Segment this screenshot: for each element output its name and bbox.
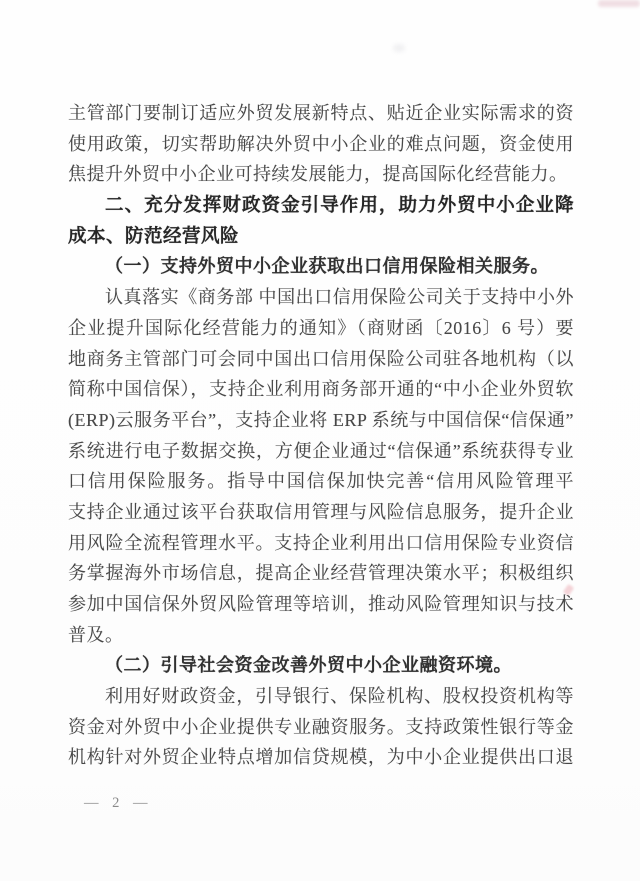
section-heading-line-1: 二、充分发挥财政资金引导作用，助力外贸中小企业降低经营 — [68, 190, 574, 221]
para1-line-1: 主管部门要制订适应外贸发展新特点、贴近企业实际需求的资金 — [68, 98, 574, 129]
para2-line-10: 务掌握海外市场信息，提高企业经营管理决策水平；积极组织企业 — [68, 558, 574, 589]
para1-line-2: 使用政策，切实帮助解决外贸中小企业的难点问题，资金使用要聚 — [68, 129, 574, 160]
scan-artifact-smudge — [393, 44, 405, 52]
para3-line-3: 机构针对外贸企业特点增加信贷规模，为中小企业提供出口退税 — [68, 742, 574, 773]
page-number: — 2 — — [84, 795, 153, 812]
subheading-2: （二）引导社会资金改善外贸中小企业融资环境。 — [68, 650, 574, 681]
para2-line-2: 企业提升国际化经营能力的通知》（商财函〔2016〕6 号）要求。各 — [68, 313, 574, 344]
para1-line-3: 焦提升外贸中小企业可持续发展能力，提高国际化经营能力。 — [68, 159, 574, 190]
para2-line-11: 参加中国信保外贸风险管理等培训，推动风险管理知识与技术 — [68, 589, 574, 620]
document-page: 主管部门要制订适应外贸发展新特点、贴近企业实际需求的资金 使用政策，切实帮助解决… — [0, 0, 640, 881]
para3-line-2: 资金对外贸中小企业提供专业融资服务。支持政策性银行等金融 — [68, 712, 574, 743]
para2-line-12: 普及。 — [68, 620, 574, 651]
para2-line-3: 地商务主管部门可会同中国出口信用保险公司驻各地机构（以下 — [68, 344, 574, 375]
text-block: 主管部门要制订适应外贸发展新特点、贴近企业实际需求的资金 使用政策，切实帮助解决… — [68, 98, 574, 773]
para2-line-4: 简称中国信保），支持企业利用商务部开通的“中小企业外贸软件 — [68, 374, 574, 405]
para2-line-9: 用风险全流程管理水平。支持企业利用出口信用保险专业资信服 — [68, 528, 574, 559]
para2-line-5: (ERP)云服务平台”，支持企业将 ERP 系统与中国信保“信保通” — [68, 405, 574, 436]
subheading-1: （一）支持外贸中小企业获取出口信用保险相关服务。 — [68, 251, 574, 282]
para2-line-6: 系统进行电子数据交换，方便企业通过“信保通”系统获得专业出 — [68, 436, 574, 467]
para3-line-1: 利用好财政资金，引导银行、保险机构、股权投资机构等社会 — [68, 681, 574, 712]
para2-line-1: 认真落实《商务部 中国出口信用保险公司关于支持中小外贸 — [68, 282, 574, 313]
para2-line-7: 口信用保险服务。指导中国信保加快完善“信用风险管理平台”， — [68, 466, 574, 497]
scan-artifact-top-right — [598, 0, 640, 7]
para2-line-8: 支持企业通过该平台获取信用管理与风险信息服务，提升企业信 — [68, 497, 574, 528]
section-heading-line-2: 成本、防范经营风险 — [68, 221, 574, 252]
